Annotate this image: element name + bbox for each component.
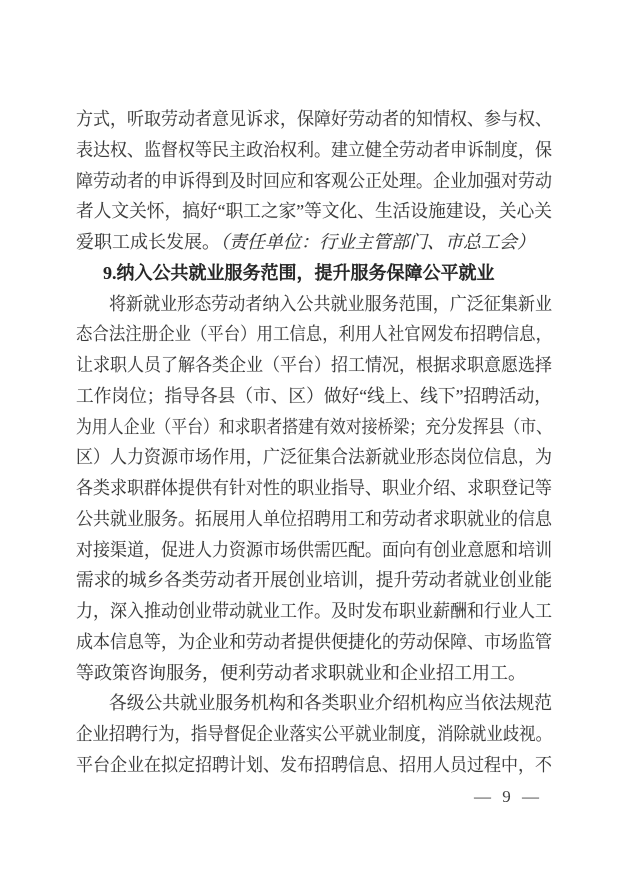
text-line: 企业招聘行为，指导督促企业落实公平就业制度，消除就业歧视。: [76, 719, 552, 750]
text-line-content: 工作岗位；指导各县（市、区）做好“线上、线下”招聘活动，: [76, 381, 552, 412]
text-line-content: 者人文关怀，搞好“职工之家”等文化、生活设施建设，关心关: [76, 196, 552, 227]
text-line-content: 区）人力资源市场作用，广泛征集合法新就业形态岗位信息，为: [76, 442, 552, 473]
text-line-content: 等政策咨询服务，便利劳动者求职就业和企业招工用工。: [76, 658, 526, 689]
text-line-content: 方式，听取劳动者意见诉求，保障好劳动者的知情权、参与权、: [76, 104, 552, 135]
text-line: 爱职工成长发展。（责任单位：行业主管部门、市总工会）: [76, 227, 552, 258]
text-line-content: 各级公共就业服务机构和各类职业介绍机构应当依法规范: [109, 688, 552, 719]
text-line: 区）人力资源市场作用，广泛征集合法新就业形态岗位信息，为: [76, 442, 552, 473]
text-segment: 爱职工成长发展。: [76, 232, 220, 252]
paragraph-worker-rights: 方式，听取劳动者意见诉求，保障好劳动者的知情权、参与权、表达权、监督权等民主政治…: [76, 104, 552, 258]
text-line: 各级公共就业服务机构和各类职业介绍机构应当依法规范: [76, 688, 552, 719]
text-line-content: 公共就业服务。拓展用人单位招聘用工和劳动者求职就业的信息: [76, 504, 552, 535]
paragraph-fair-employment: 各级公共就业服务机构和各类职业介绍机构应当依法规范企业招聘行为，指导督促企业落实…: [76, 688, 552, 780]
text-line: 对接渠道，促进人力资源市场供需匹配。面向有创业意愿和培训: [76, 535, 552, 566]
text-line-content: 态合法注册企业（平台）用工信息，利用人社官网发布招聘信息，: [76, 319, 552, 350]
text-line: 需求的城乡各类劳动者开展创业培训，提升劳动者就业创业能: [76, 565, 552, 596]
text-line-content: 对接渠道，促进人力资源市场供需匹配。面向有创业意愿和培训: [76, 535, 552, 566]
text-line: 公共就业服务。拓展用人单位招聘用工和劳动者求职就业的信息: [76, 504, 552, 535]
text-line: 成本信息等，为企业和劳动者提供便捷化的劳动保障、市场监管: [76, 627, 552, 658]
text-line: 工作岗位；指导各县（市、区）做好“线上、线下”招聘活动，: [76, 381, 552, 412]
text-line-content: 力，深入推动创业带动就业工作。及时发布职业薪酬和行业人工: [76, 596, 552, 627]
text-line-content: 平台企业在拟定招聘计划、发布招聘信息、招用人员过程中，不: [76, 750, 552, 781]
text-line: 各类求职群体提供有针对性的职业指导、职业介绍、求职登记等: [76, 473, 552, 504]
document-page: 方式，听取劳动者意见诉求，保障好劳动者的知情权、参与权、表达权、监督权等民主政治…: [0, 0, 621, 874]
paragraph-public-employment-services: 将新就业形态劳动者纳入公共就业服务范围，广泛征集新业态合法注册企业（平台）用工信…: [76, 289, 552, 689]
text-line-content: 为用人企业（平台）和求职者搭建有效对接桥梁；充分发挥县（市、: [76, 412, 552, 443]
text-line: 为用人企业（平台）和求职者搭建有效对接桥梁；充分发挥县（市、: [76, 412, 552, 443]
document-body: 方式，听取劳动者意见诉求，保障好劳动者的知情权、参与权、表达权、监督权等民主政治…: [76, 104, 552, 781]
text-line-content: 爱职工成长发展。（责任单位：行业主管部门、市总工会）: [76, 227, 535, 258]
text-line: 障劳动者的申诉得到及时回应和客观公正处理。企业加强对劳动: [76, 166, 552, 197]
text-line: 方式，听取劳动者意见诉求，保障好劳动者的知情权、参与权、: [76, 104, 552, 135]
text-line-content: 将新就业形态劳动者纳入公共就业服务范围，广泛征集新业: [109, 289, 552, 320]
text-line: 力，深入推动创业带动就业工作。及时发布职业薪酬和行业人工: [76, 596, 552, 627]
text-line-content: 需求的城乡各类劳动者开展创业培训，提升劳动者就业创业能: [76, 565, 552, 596]
responsibility-unit-note: （责任单位：行业主管部门、市总工会）: [220, 232, 535, 252]
text-line-content: 让求职人员了解各类企业（平台）招工情况，根据求职意愿选择: [76, 350, 552, 381]
text-line: 平台企业在拟定招聘计划、发布招聘信息、招用人员过程中，不: [76, 750, 552, 781]
text-line-content: 成本信息等，为企业和劳动者提供便捷化的劳动保障、市场监管: [76, 627, 552, 658]
text-line-content: 障劳动者的申诉得到及时回应和客观公正处理。企业加强对劳动: [76, 166, 552, 197]
text-line: 者人文关怀，搞好“职工之家”等文化、生活设施建设，关心关: [76, 196, 552, 227]
text-line: 等政策咨询服务，便利劳动者求职就业和企业招工用工。: [76, 658, 552, 689]
text-line: 态合法注册企业（平台）用工信息，利用人社官网发布招聘信息，: [76, 319, 552, 350]
text-line: 表达权、监督权等民主政治权利。建立健全劳动者申诉制度，保: [76, 135, 552, 166]
text-line: 让求职人员了解各类企业（平台）招工情况，根据求职意愿选择: [76, 350, 552, 381]
section-heading: 9.纳入公共就业服务范围，提升服务保障公平就业: [76, 258, 552, 289]
text-line-content: 表达权、监督权等民主政治权利。建立健全劳动者申诉制度，保: [76, 135, 552, 166]
text-line-content: 各类求职群体提供有针对性的职业指导、职业介绍、求职登记等: [76, 473, 552, 504]
page-number: — 9 —: [474, 787, 540, 807]
text-line: 将新就业形态劳动者纳入公共就业服务范围，广泛征集新业: [76, 289, 552, 320]
text-line-content: 企业招聘行为，指导督促企业落实公平就业制度，消除就业歧视。: [76, 719, 552, 750]
